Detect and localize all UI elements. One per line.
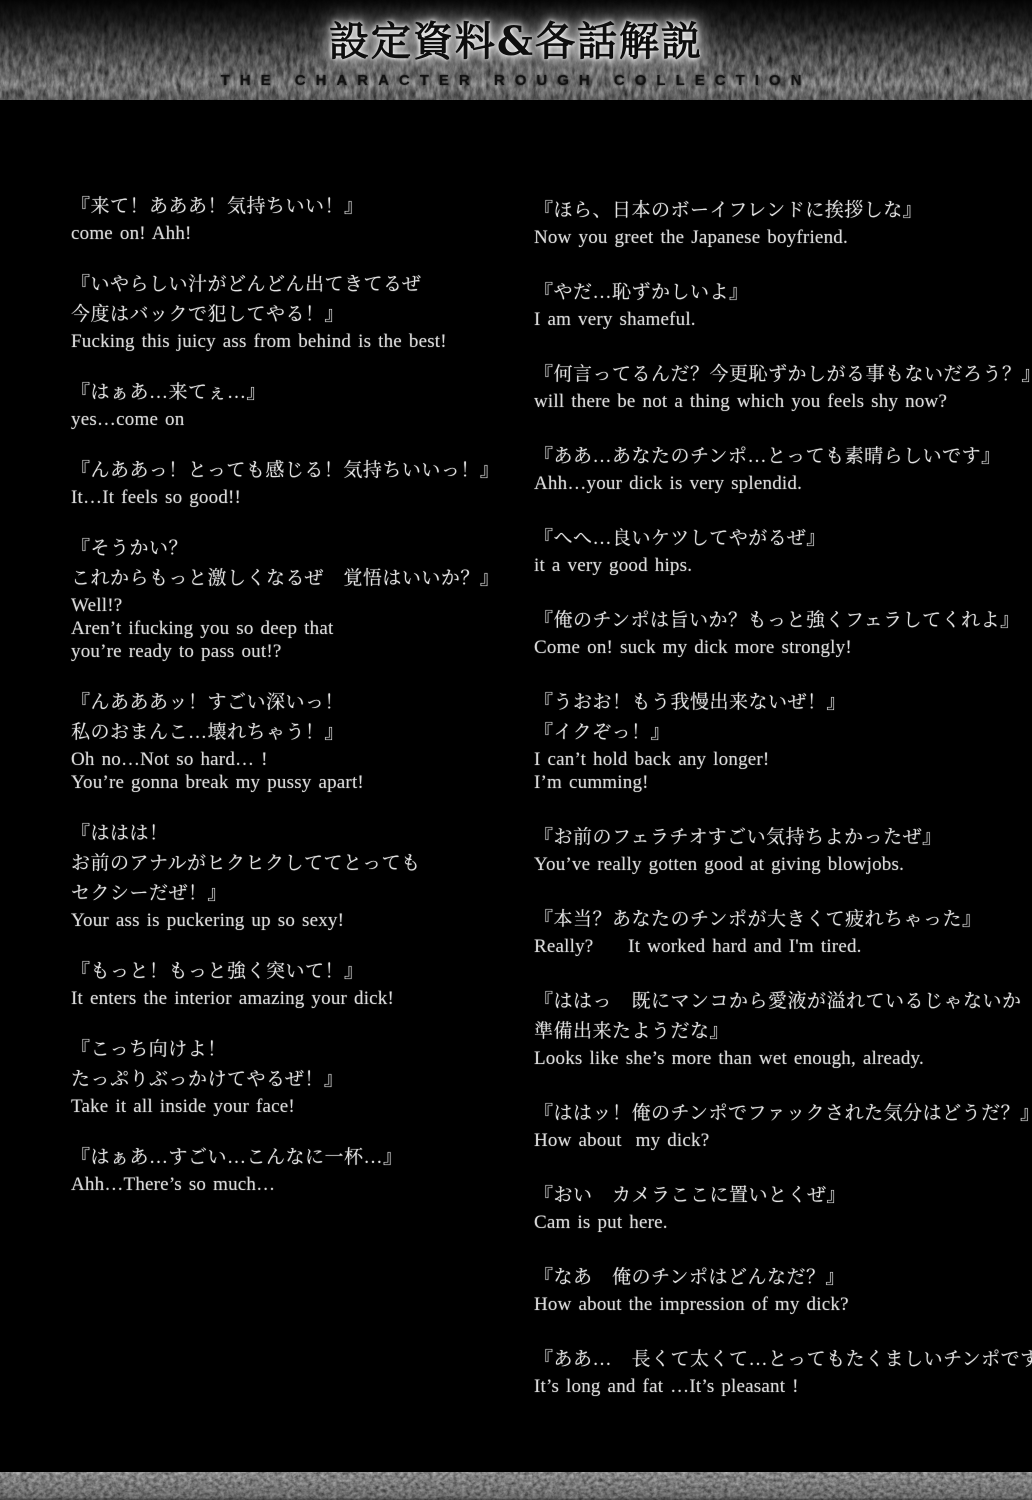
japanese-line: 『こっち向けよ！	[71, 1035, 526, 1065]
japanese-line: 『なあ 俺のチンポはどんなだ？』	[534, 1263, 1032, 1293]
english-line: Really? It worked hard and I'm tired.	[534, 935, 1032, 958]
dialogue-block: 『ははは！お前のアナルがヒクヒクしててとってもセクシーだぜ！』Your ass …	[71, 819, 526, 932]
japanese-line: 『おい カメラここに置いとくぜ』	[534, 1181, 1032, 1211]
english-line: Well!?	[71, 594, 526, 617]
dialogue-column-right: 『ほら、日本のボーイフレンドに挨拶しな』Now you greet the Ja…	[534, 196, 1032, 1427]
dialogue-block: 『ははっ 既にマンコから愛液が溢れているじゃないか準備出来たようだな』Looks…	[534, 987, 1032, 1070]
english-line: I am very shameful.	[534, 308, 1032, 331]
japanese-line: 『うおお！もう我慢出来ないぜ！』	[534, 688, 1032, 718]
japanese-line: 準備出来たようだな』	[534, 1017, 1032, 1047]
page-title: 設定資料&各話解説	[0, 10, 1032, 67]
japanese-line: 『いやらしい汁がどんどん出てきてるぜ	[71, 270, 526, 300]
english-line: Your ass is puckering up so sexy!	[71, 909, 526, 932]
japanese-line: 『やだ…恥ずかしいよ』	[534, 278, 1032, 308]
japanese-line: 『何言ってるんだ？今更恥ずかしがる事もないだろう？』	[534, 360, 1032, 390]
english-line: It…It feels so good!!	[71, 486, 526, 509]
japanese-line: お前のアナルがヒクヒクしててとっても	[71, 849, 526, 879]
japanese-line: 『本当？あなたのチンポが大きくて疲れちゃった』	[534, 905, 1032, 935]
dialogue-block: 『んあああッ！すごい深いっ！私のおまんこ…壊れちゃう！』Oh no…Not so…	[71, 688, 526, 794]
dialogue-block: 『なあ 俺のチンポはどんなだ？』How about the impression…	[534, 1263, 1032, 1316]
dialogue-block: 『うおお！もう我慢出来ないぜ！』『イクぞっ！』I can’t hold back…	[534, 688, 1032, 794]
dialogue-block: 『はぁあ…来てぇ…』yes…come on	[71, 378, 526, 431]
dialogue-block: 『んああっ！とっても感じる！気持ちいいっ！』It…It feels so goo…	[71, 456, 526, 509]
dialogue-block: 『お前のフェラチオすごい気持ちよかったぜ』You’ve really gotte…	[534, 823, 1032, 876]
dialogue-block: 『へへ…良いケツしてやがるぜ』it a very good hips.	[534, 524, 1032, 577]
english-line: come on! Ahh!	[71, 222, 526, 245]
japanese-line: たっぷりぶっかけてやるぜ！』	[71, 1065, 526, 1095]
english-line: Take it all inside your face!	[71, 1095, 526, 1118]
scanned-page: 設定資料&各話解説 THE CHARACTER ROUGH COLLECTION…	[0, 0, 1032, 1500]
english-line: It enters the interior amazing your dick…	[71, 987, 526, 1010]
japanese-line: 『んあああッ！すごい深いっ！	[71, 688, 526, 718]
japanese-line: セクシーだぜ！』	[71, 879, 526, 909]
english-line: It’s long and fat …It’s pleasant !	[534, 1375, 1032, 1398]
page-subtitle: THE CHARACTER ROUGH COLLECTION	[0, 72, 1032, 89]
english-line: Fucking this juicy ass from behind is th…	[71, 330, 526, 353]
english-line: You’re gonna break my pussy apart!	[71, 771, 526, 794]
english-line: How about my dick?	[534, 1129, 1032, 1152]
english-line: Ahh…your dick is very splendid.	[534, 472, 1032, 495]
japanese-line: 『ああ…あなたのチンポ…とっても素晴らしいです』	[534, 442, 1032, 472]
japanese-line: 『ははッ！俺のチンポでファックされた気分はどうだ？』	[534, 1099, 1032, 1129]
dialogue-block: 『はぁあ…すごい…こんなに一杯…』Ahh…There’s so much…	[71, 1143, 526, 1196]
dialogue-column-left: 『来て！あああ！気持ちいい！』come on! Ahh!『いやらしい汁がどんどん…	[71, 192, 526, 1221]
japanese-line: 『俺のチンポは旨いか？もっと強くフェラしてくれよ』	[534, 606, 1032, 636]
japanese-line: 『お前のフェラチオすごい気持ちよかったぜ』	[534, 823, 1032, 853]
dialogue-block: 『ああ…あなたのチンポ…とっても素晴らしいです』Ahh…your dick is…	[534, 442, 1032, 495]
dialogue-block: 『こっち向けよ！たっぷりぶっかけてやるぜ！』Take it all inside…	[71, 1035, 526, 1118]
japanese-line: 『そうかい？	[71, 534, 526, 564]
english-line: Come on! suck my dick more strongly!	[534, 636, 1032, 659]
english-line: I’m cumming!	[534, 771, 1032, 794]
japanese-line: 『へへ…良いケツしてやがるぜ』	[534, 524, 1032, 554]
english-line: will there be not a thing which you feel…	[534, 390, 1032, 413]
english-line: I can’t hold back any longer!	[534, 748, 1032, 771]
japanese-line: 『もっと！もっと強く突いて！』	[71, 957, 526, 987]
english-line: How about the impression of my dick?	[534, 1293, 1032, 1316]
japanese-line: 『んああっ！とっても感じる！気持ちいいっ！』	[71, 456, 526, 486]
dialogue-block: 『そうかい？これからもっと激しくなるぜ 覚悟はいいか？』Well!?Aren’t…	[71, 534, 526, 663]
english-line: Cam is put here.	[534, 1211, 1032, 1234]
dialogue-block: 『何言ってるんだ？今更恥ずかしがる事もないだろう？』will there be …	[534, 360, 1032, 413]
dialogue-block: 『本当？あなたのチンポが大きくて疲れちゃった』Really? It worked…	[534, 905, 1032, 958]
english-line: yes…come on	[71, 408, 526, 431]
english-line: You’ve really gotten good at giving blow…	[534, 853, 1032, 876]
dialogue-block: 『俺のチンポは旨いか？もっと強くフェラしてくれよ』Come on! suck m…	[534, 606, 1032, 659]
header-banner: 設定資料&各話解説 THE CHARACTER ROUGH COLLECTION	[0, 0, 1032, 100]
japanese-line: これからもっと激しくなるぜ 覚悟はいいか？』	[71, 564, 526, 594]
english-line: Oh no…Not so hard… !	[71, 748, 526, 771]
japanese-line: 『ははは！	[71, 819, 526, 849]
english-line: Aren’t ifucking you so deep that	[71, 617, 526, 640]
japanese-line: 私のおまんこ…壊れちゃう！』	[71, 718, 526, 748]
dialogue-block: 『ははッ！俺のチンポでファックされた気分はどうだ？』How about my d…	[534, 1099, 1032, 1152]
dialogue-block: 『来て！あああ！気持ちいい！』come on! Ahh!	[71, 192, 526, 245]
dialogue-block: 『もっと！もっと強く突いて！』It enters the interior am…	[71, 957, 526, 1010]
footer-banner	[0, 1472, 1032, 1500]
footer-grunge-texture	[0, 1472, 1032, 1500]
english-line: Looks like she’s more than wet enough, a…	[534, 1047, 1032, 1070]
japanese-line: 『来て！あああ！気持ちいい！』	[71, 192, 526, 222]
japanese-line: 『はぁあ…すごい…こんなに一杯…』	[71, 1143, 526, 1173]
dialogue-block: 『やだ…恥ずかしいよ』I am very shameful.	[534, 278, 1032, 331]
japanese-line: 今度はバックで犯してやる！』	[71, 300, 526, 330]
dialogue-block: 『ああ… 長くて太くて…とってもたくましいチンポです！』It’s long an…	[534, 1345, 1032, 1398]
dialogue-block: 『おい カメラここに置いとくぜ』Cam is put here.	[534, 1181, 1032, 1234]
english-line: Ahh…There’s so much…	[71, 1173, 526, 1196]
dialogue-block: 『ほら、日本のボーイフレンドに挨拶しな』Now you greet the Ja…	[534, 196, 1032, 249]
japanese-line: 『ほら、日本のボーイフレンドに挨拶しな』	[534, 196, 1032, 226]
japanese-line: 『ははっ 既にマンコから愛液が溢れているじゃないか	[534, 987, 1032, 1017]
japanese-line: 『ああ… 長くて太くて…とってもたくましいチンポです！』	[534, 1345, 1032, 1375]
japanese-line: 『イクぞっ！』	[534, 718, 1032, 748]
japanese-line: 『はぁあ…来てぇ…』	[71, 378, 526, 408]
english-line: it a very good hips.	[534, 554, 1032, 577]
english-line: Now you greet the Japanese boyfriend.	[534, 226, 1032, 249]
dialogue-block: 『いやらしい汁がどんどん出てきてるぜ今度はバックで犯してやる！』Fucking …	[71, 270, 526, 353]
english-line: you’re ready to pass out!?	[71, 640, 526, 663]
